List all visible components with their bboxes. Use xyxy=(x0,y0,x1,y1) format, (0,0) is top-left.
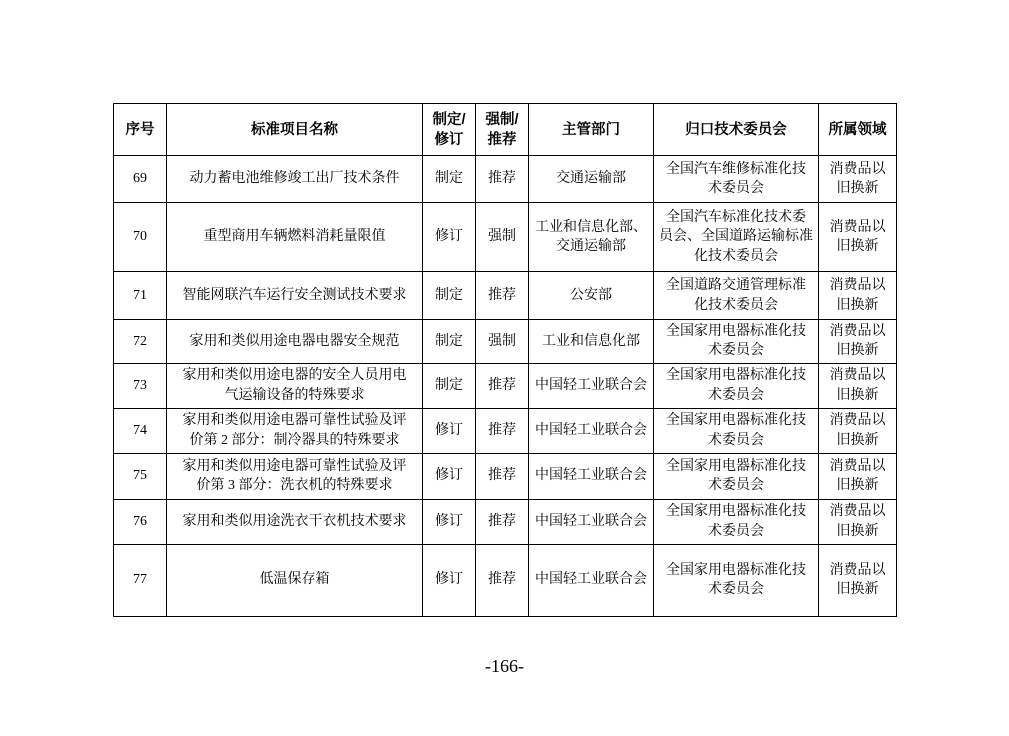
field-cell: 消费品以 旧换新 xyxy=(819,272,897,320)
table-row: 75 家用和类似用途电器可靠性试验及评 价第 3 部分：洗衣机的特殊要求 修订 … xyxy=(114,453,897,499)
seq-cell: 73 xyxy=(114,363,167,408)
revision-cell: 修订 xyxy=(423,453,476,499)
table-row: 74 家用和类似用途电器可靠性试验及评 价第 2 部分：制冷器具的特殊要求 修订… xyxy=(114,408,897,453)
committee-cell: 全国家用电器标准化技 术委员会 xyxy=(654,544,819,616)
mandatory-cell: 强制 xyxy=(476,203,529,272)
committee-cell: 全国家用电器标准化技 术委员会 xyxy=(654,363,819,408)
table-row: 72 家用和类似用途电器电器安全规范 制定 强制 工业和信息化部 全国家用电器标… xyxy=(114,320,897,364)
committee-cell: 全国家用电器标准化技 术委员会 xyxy=(654,320,819,364)
name-cell: 家用和类似用途电器的安全人员用电 气运输设备的特殊要求 xyxy=(167,363,423,408)
mandatory-cell: 推荐 xyxy=(476,156,529,203)
name-cell: 低温保存箱 xyxy=(167,544,423,616)
field-cell: 消费品以 旧换新 xyxy=(819,156,897,203)
seq-cell: 70 xyxy=(114,203,167,272)
header-field: 所属领域 xyxy=(819,104,897,156)
committee-cell: 全国汽车标准化技术委 员会、全国道路运输标准 化技术委员会 xyxy=(654,203,819,272)
name-cell: 家用和类似用途电器可靠性试验及评 价第 3 部分：洗衣机的特殊要求 xyxy=(167,453,423,499)
committee-cell: 全国汽车维修标准化技 术委员会 xyxy=(654,156,819,203)
committee-cell: 全国家用电器标准化技 术委员会 xyxy=(654,499,819,544)
revision-cell: 制定 xyxy=(423,272,476,320)
department-cell: 交通运输部 xyxy=(529,156,654,203)
seq-cell: 76 xyxy=(114,499,167,544)
table-header-row: 序号 标准项目名称 制定/ 修订 强制/ 推荐 主管部门 归口技术委员会 所属领… xyxy=(114,104,897,156)
field-cell: 消费品以 旧换新 xyxy=(819,320,897,364)
department-cell: 中国轻工业联合会 xyxy=(529,453,654,499)
field-cell: 消费品以 旧换新 xyxy=(819,363,897,408)
seq-cell: 74 xyxy=(114,408,167,453)
revision-cell: 制定 xyxy=(423,320,476,364)
seq-cell: 77 xyxy=(114,544,167,616)
header-mandatory: 强制/ 推荐 xyxy=(476,104,529,156)
field-cell: 消费品以 旧换新 xyxy=(819,408,897,453)
mandatory-cell: 推荐 xyxy=(476,544,529,616)
header-committee: 归口技术委员会 xyxy=(654,104,819,156)
table-row: 69 动力蓄电池维修竣工出厂技术条件 制定 推荐 交通运输部 全国汽车维修标准化… xyxy=(114,156,897,203)
revision-cell: 制定 xyxy=(423,363,476,408)
document-page: 序号 标准项目名称 制定/ 修订 强制/ 推荐 主管部门 归口技术委员会 所属领… xyxy=(0,0,1009,736)
table-row: 77 低温保存箱 修订 推荐 中国轻工业联合会 全国家用电器标准化技 术委员会 … xyxy=(114,544,897,616)
department-cell: 公安部 xyxy=(529,272,654,320)
name-cell: 家用和类似用途电器可靠性试验及评 价第 2 部分：制冷器具的特殊要求 xyxy=(167,408,423,453)
mandatory-cell: 推荐 xyxy=(476,499,529,544)
table-row: 73 家用和类似用途电器的安全人员用电 气运输设备的特殊要求 制定 推荐 中国轻… xyxy=(114,363,897,408)
name-cell: 家用和类似用途电器电器安全规范 xyxy=(167,320,423,364)
table-row: 71 智能网联汽车运行安全测试技术要求 制定 推荐 公安部 全国道路交通管理标准… xyxy=(114,272,897,320)
department-cell: 中国轻工业联合会 xyxy=(529,544,654,616)
header-name: 标准项目名称 xyxy=(167,104,423,156)
revision-cell: 修订 xyxy=(423,203,476,272)
committee-cell: 全国家用电器标准化技 术委员会 xyxy=(654,453,819,499)
revision-cell: 修订 xyxy=(423,408,476,453)
field-cell: 消费品以 旧换新 xyxy=(819,453,897,499)
header-department: 主管部门 xyxy=(529,104,654,156)
mandatory-cell: 推荐 xyxy=(476,363,529,408)
header-seq: 序号 xyxy=(114,104,167,156)
standards-table: 序号 标准项目名称 制定/ 修订 强制/ 推荐 主管部门 归口技术委员会 所属领… xyxy=(113,103,897,617)
name-cell: 重型商用车辆燃料消耗量限值 xyxy=(167,203,423,272)
field-cell: 消费品以 旧换新 xyxy=(819,203,897,272)
revision-cell: 修订 xyxy=(423,499,476,544)
department-cell: 中国轻工业联合会 xyxy=(529,363,654,408)
revision-cell: 制定 xyxy=(423,156,476,203)
seq-cell: 75 xyxy=(114,453,167,499)
seq-cell: 71 xyxy=(114,272,167,320)
table-row: 76 家用和类似用途洗衣干衣机技术要求 修订 推荐 中国轻工业联合会 全国家用电… xyxy=(114,499,897,544)
name-cell: 动力蓄电池维修竣工出厂技术条件 xyxy=(167,156,423,203)
department-cell: 工业和信息化部 xyxy=(529,320,654,364)
mandatory-cell: 推荐 xyxy=(476,408,529,453)
committee-cell: 全国道路交通管理标准 化技术委员会 xyxy=(654,272,819,320)
mandatory-cell: 强制 xyxy=(476,320,529,364)
seq-cell: 69 xyxy=(114,156,167,203)
mandatory-cell: 推荐 xyxy=(476,272,529,320)
mandatory-cell: 推荐 xyxy=(476,453,529,499)
table-row: 70 重型商用车辆燃料消耗量限值 修订 强制 工业和信息化部、 交通运输部 全国… xyxy=(114,203,897,272)
field-cell: 消费品以 旧换新 xyxy=(819,499,897,544)
department-cell: 中国轻工业联合会 xyxy=(529,408,654,453)
page-number: -166- xyxy=(0,656,1009,677)
department-cell: 中国轻工业联合会 xyxy=(529,499,654,544)
revision-cell: 修订 xyxy=(423,544,476,616)
header-revision: 制定/ 修订 xyxy=(423,104,476,156)
committee-cell: 全国家用电器标准化技 术委员会 xyxy=(654,408,819,453)
field-cell: 消费品以 旧换新 xyxy=(819,544,897,616)
seq-cell: 72 xyxy=(114,320,167,364)
department-cell: 工业和信息化部、 交通运输部 xyxy=(529,203,654,272)
name-cell: 家用和类似用途洗衣干衣机技术要求 xyxy=(167,499,423,544)
name-cell: 智能网联汽车运行安全测试技术要求 xyxy=(167,272,423,320)
